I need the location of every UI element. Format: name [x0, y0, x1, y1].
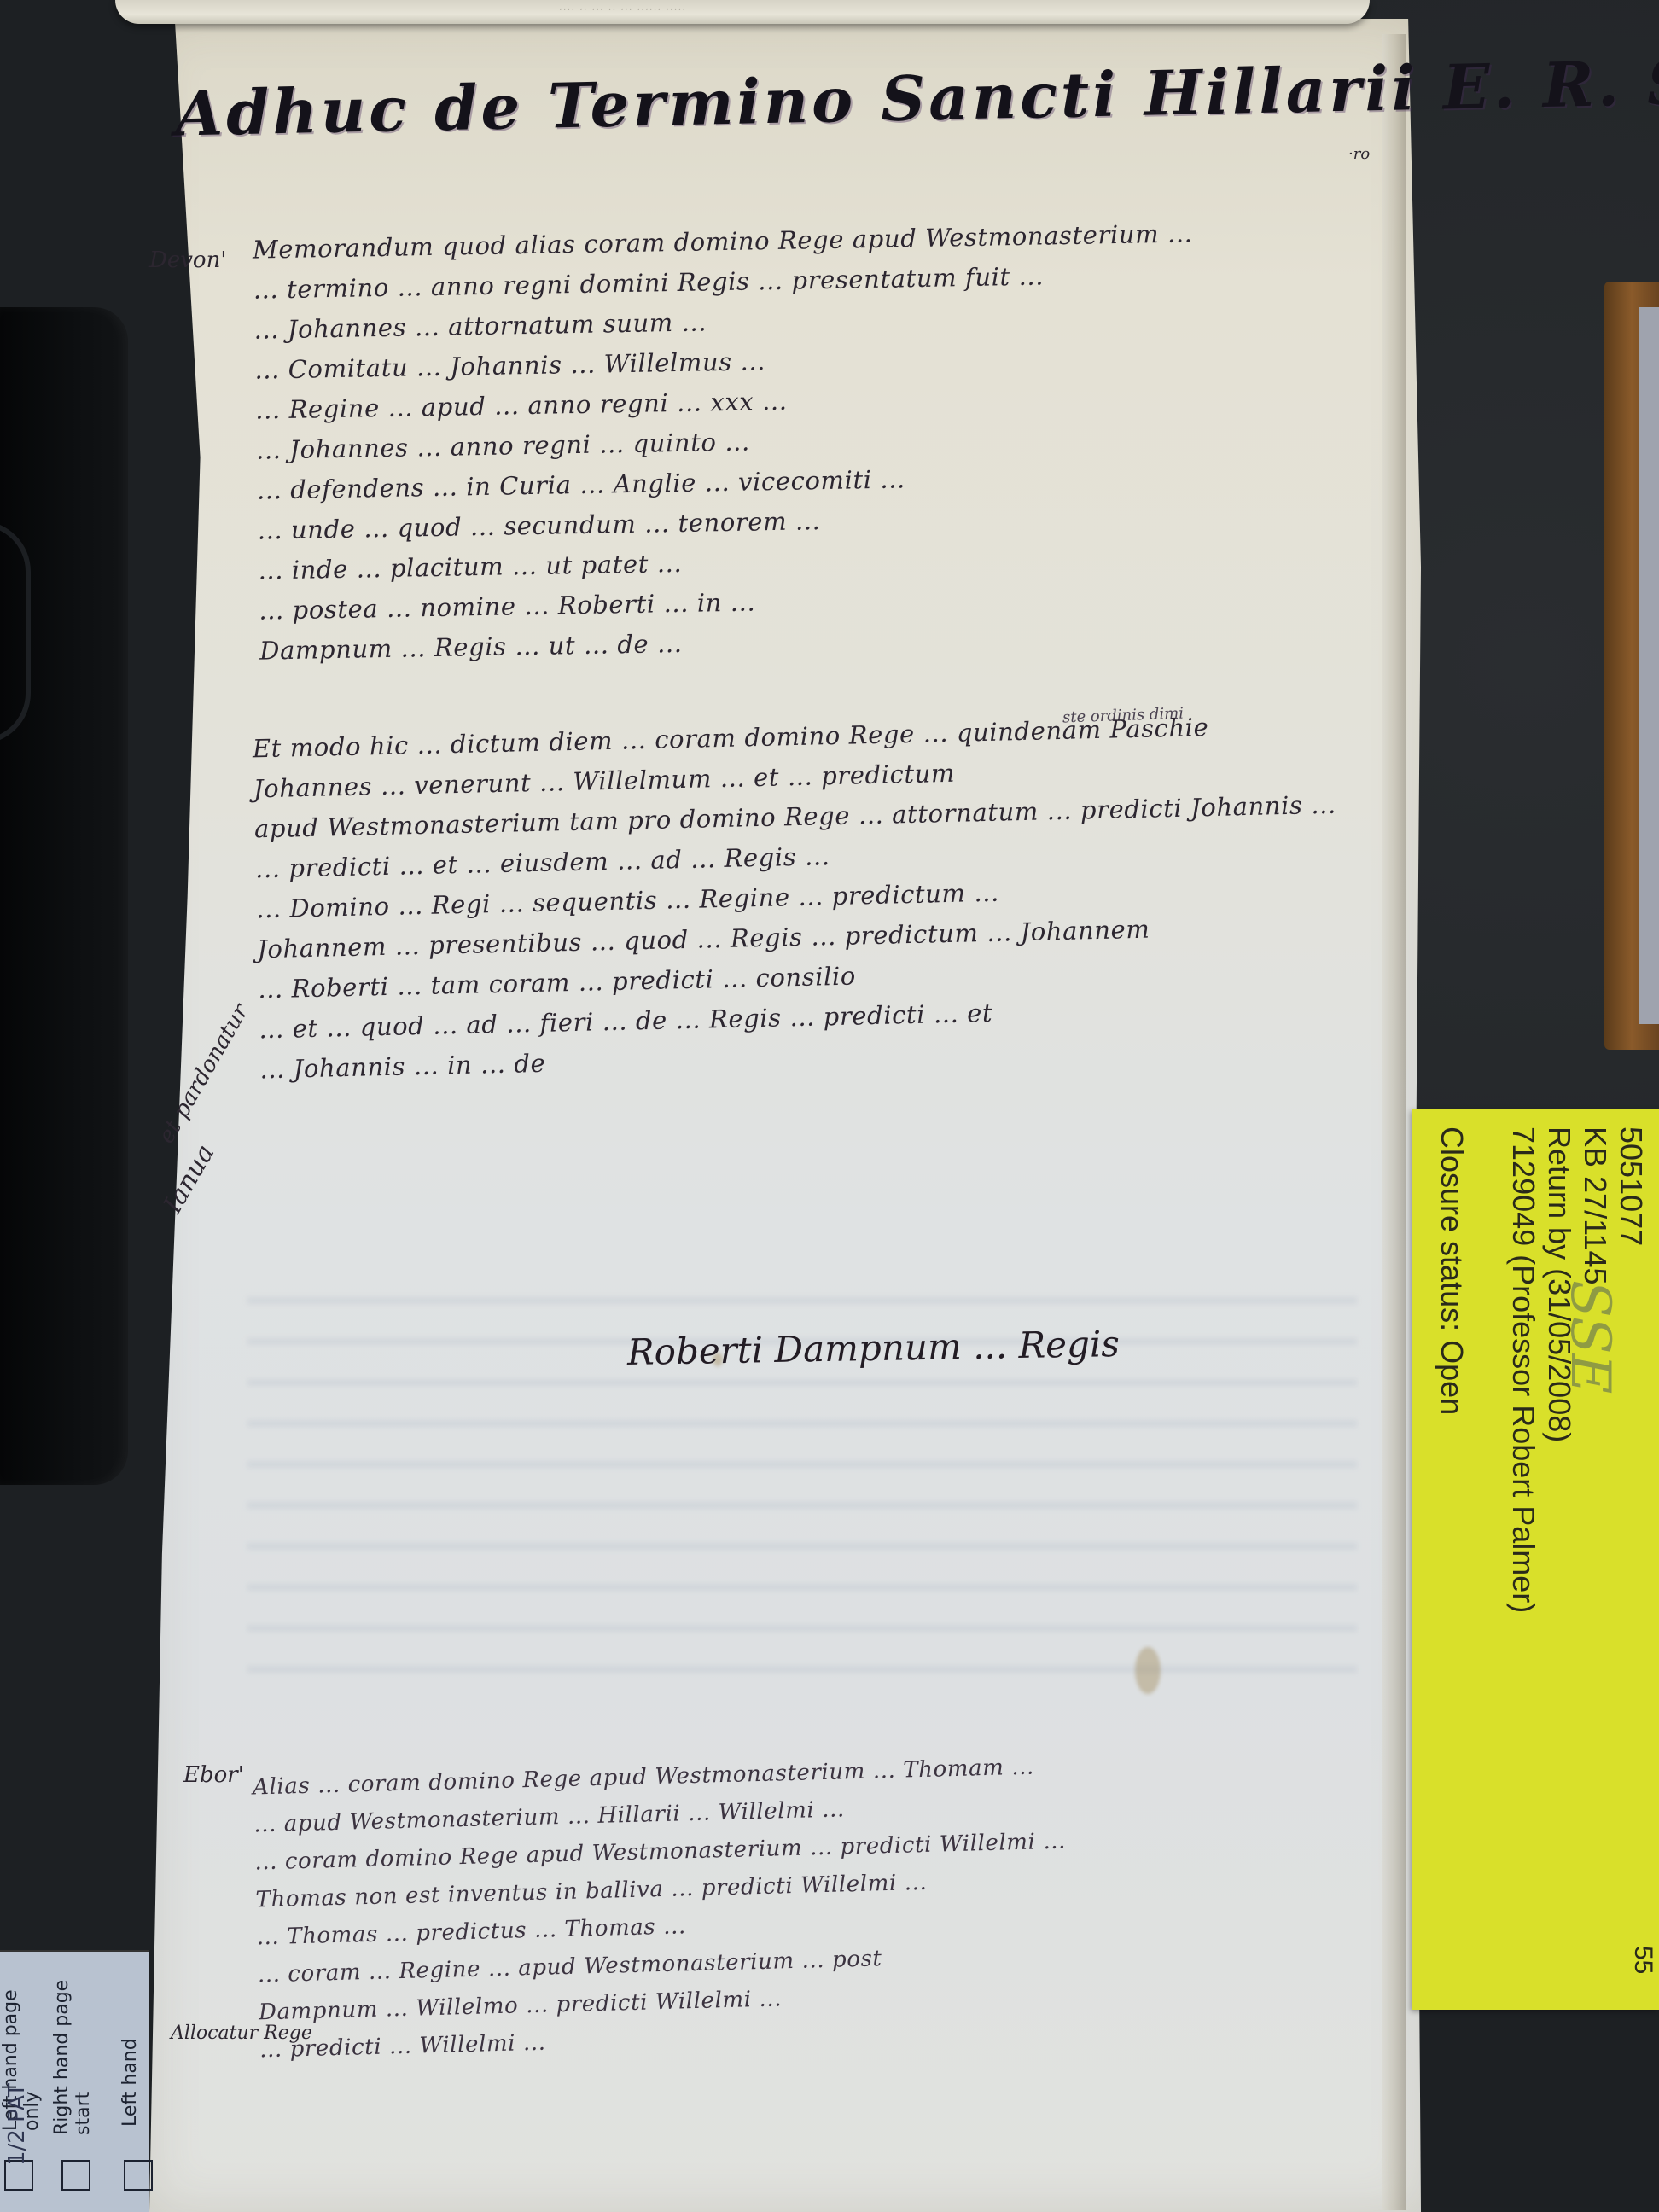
margin-note-county: Devon' [149, 247, 226, 273]
entry-2: Et modo hic ... dictum diem ... coram do… [252, 705, 1342, 1091]
ink-stain [1135, 1647, 1161, 1694]
slip-handwritten-initials: SSE [1558, 1280, 1621, 1394]
margin-note-county: Ebor' [183, 1762, 244, 1788]
option-label: Left hand [119, 2038, 141, 2127]
photo-order-form: Left hand page only Right hand page star… [0, 1950, 149, 2212]
membrane-edge [1382, 34, 1406, 2210]
form-handwritten-note: 1/2 PAT [4, 2083, 30, 2165]
slip-reader: 7129049 (Professor Robert Palmer) [1505, 1126, 1541, 1613]
archive-slip: 5051077 KB 27/1145 Return by (31/05/2008… [1412, 1109, 1659, 2010]
clerk-signature: Roberti Dampnum ... Regis [627, 1323, 1121, 1373]
margin-note-right: ·ro [1348, 145, 1370, 163]
checkbox-left-hand[interactable] [124, 2160, 153, 2191]
slip-closure-status: Closure status: Open [1434, 1126, 1470, 1415]
entry-1: Memorandum quod alias coram domino Rege … [253, 213, 1201, 671]
option-label: Right hand page start [51, 1952, 94, 2135]
entry-3: Alias ... coram domino Rege apud Westmon… [253, 1748, 1072, 2069]
archive-slip-content: 5051077 KB 27/1145 Return by (31/05/2008… [1417, 1109, 1656, 1997]
slip-reference: KB 27/1145 [1577, 1126, 1613, 1284]
checkbox-right-page-start[interactable] [61, 2160, 90, 2191]
photo-order-form-content: Left hand page only Right hand page star… [0, 1952, 149, 2208]
rolled-membrane-top: ···· ·· ··· ·· ··· ······ ····· [115, 0, 1370, 24]
rolled-top-text: ···· ·· ··· ·· ··· ······ ····· [559, 3, 686, 15]
wooden-frame-inner [1639, 307, 1659, 1024]
slip-page-number: 55 [1628, 1946, 1657, 1974]
leather-cushion [0, 307, 128, 1485]
slip-item-number: 5051077 [1613, 1126, 1649, 1246]
